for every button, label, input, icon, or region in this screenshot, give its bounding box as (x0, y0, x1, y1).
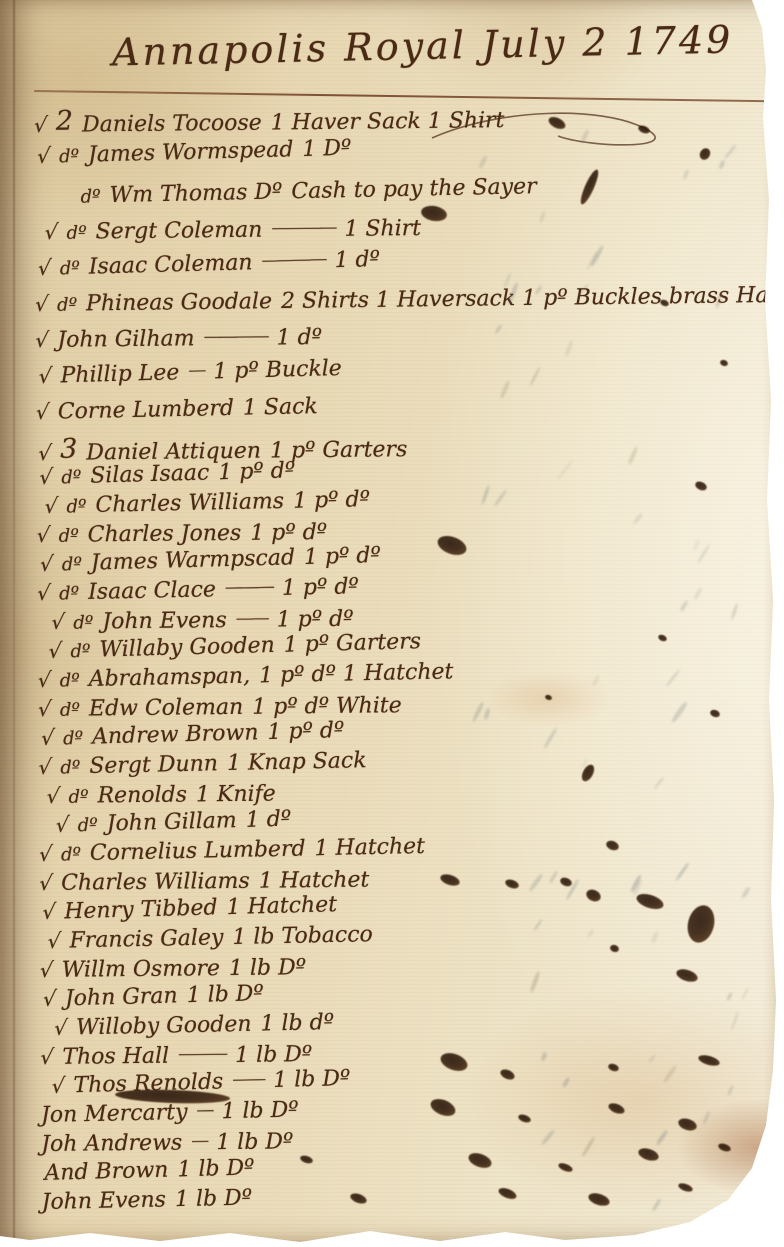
entry-name: Sergt Coleman (95, 218, 262, 245)
entry-items: 1 lb Dº (229, 955, 306, 981)
checkmark-icon: √ (36, 580, 52, 606)
entry-name: Renolds (97, 782, 187, 808)
entry-name: Charles Williams (61, 869, 250, 896)
entry-dash-rule: ——— (178, 1043, 226, 1065)
entry-name: Phineas Goodale (86, 289, 272, 316)
checkmark-icon: √ (38, 957, 54, 982)
entry-items: 1 lb Dº (235, 1042, 312, 1068)
binding-fold-line (13, 0, 15, 1247)
entry-name: Henry Tibbed (64, 895, 218, 924)
checkmark-icon: √ (50, 609, 66, 634)
checkmark-icon: √ (34, 327, 50, 352)
entry-items: 1 Knife (196, 782, 276, 808)
entry-ditto-prefix: dº (59, 146, 80, 168)
entry-dash-rule: ——— (225, 576, 273, 598)
entry-name: Charles Williams (95, 489, 284, 518)
entry-items: 1 pº dº (277, 607, 354, 633)
entry-name: Andrew Brown (92, 720, 259, 749)
checkmark-icon: √ (47, 638, 63, 664)
entry-ditto-prefix: dº (66, 496, 86, 517)
entry-name: And Brown (44, 1158, 169, 1186)
entry-name: Isaac Coleman (88, 250, 252, 279)
entry-ditto-prefix: dº (60, 670, 80, 691)
entry-items: 1 Shirt (344, 216, 421, 242)
entry-name: Thos Hall (62, 1044, 169, 1070)
checkmark-icon: √ (36, 143, 52, 169)
entry-items: 1 Sack (243, 394, 318, 421)
entry-row: √ dº Phineas Goodale 2 Shirts 1 Haversac… (35, 283, 784, 322)
checkmark-icon: √ (41, 899, 57, 925)
entry-name: Willaby Gooden (99, 633, 275, 663)
entry-name: Jon Mercarty (41, 1100, 188, 1128)
entry-items: 1 pº dº 1 Hatchet (259, 659, 454, 688)
entry-items: 1 pº dº (282, 574, 359, 601)
entry-name: Joh Andrews (41, 1130, 182, 1156)
entry-name: Willoby Gooden (76, 1012, 252, 1041)
checkmark-icon: √ (39, 551, 55, 577)
entry-name: Corne Lumberd (58, 396, 235, 425)
entry-items: 1 pº dº (218, 458, 295, 485)
checkmark-icon: √ (34, 291, 50, 316)
entry-ditto-prefix: dº (80, 186, 100, 207)
entry-items: 1 lb Dº (221, 1098, 299, 1125)
entry-items: 1 Dº (302, 136, 352, 162)
checkmark-icon: √ (32, 112, 48, 137)
entry-items: 1 Haver Sack 1 Shirt (271, 108, 505, 135)
entry-items: Cash to pay the Sayer (291, 174, 537, 204)
entry-items: 1 pº Buckle (213, 356, 342, 384)
entry-items: 2 Shirts 1 Haversack 1 pº Buckles brass … (281, 282, 784, 314)
checkmark-icon: √ (36, 667, 52, 693)
entry-items: 1 Hatchet (226, 892, 337, 920)
checkmark-icon: √ (39, 1044, 55, 1069)
entry-day-number: 3 (60, 434, 78, 465)
entry-ditto-prefix: dº (63, 728, 84, 750)
entry-ditto-prefix: dº (60, 258, 81, 280)
checkmark-icon: √ (54, 812, 70, 838)
entry-day-number: 2 (56, 106, 74, 137)
manuscript-page: Annapolis Royal July 2 1749 √ 2 Daniels … (0, 0, 784, 1247)
entry-dash-rule: ———— (261, 248, 326, 271)
entry-name: James Warmpscad (91, 545, 296, 575)
checkmark-icon: √ (37, 754, 53, 780)
entry-dash-rule: ———— (271, 217, 335, 239)
entry-items: 1 Hatchet (314, 834, 425, 861)
entry-ditto-prefix: dº (61, 467, 82, 489)
checkmark-icon: √ (45, 783, 61, 808)
checkmark-icon: √ (37, 255, 53, 281)
entry-name: Willm Osmore (62, 956, 220, 983)
checkmark-icon: √ (46, 928, 62, 954)
entry-dash-rule: —— (236, 608, 268, 629)
entry-items: 1 lb Tobacco (232, 922, 373, 950)
entry-name: Francis Galey (69, 925, 223, 953)
checkmark-icon: √ (38, 870, 54, 895)
entry-items: 1 dº (276, 325, 322, 350)
entry-name: John Gran (65, 983, 178, 1011)
entry-name: Sergt Dunn (89, 751, 218, 779)
entry-dash-rule: — (191, 1130, 207, 1151)
entry-name: Silas Isaac (90, 460, 210, 488)
entry-items: 1 Knap Sack (227, 748, 367, 776)
entry-items: 1 pº dº (304, 543, 381, 570)
entry-items: 1 pº dº (293, 487, 370, 514)
checkmark-icon: √ (53, 1015, 69, 1041)
entry-items: 1 lb Dº (175, 1186, 253, 1213)
entry-row: √ Corne Lumberd 1 Sack (36, 384, 784, 430)
entry-items: 1 pº dº White (252, 693, 402, 720)
entry-items: 1 lb Dº (177, 1155, 255, 1182)
entry-name: Abrahamspan, (88, 664, 250, 692)
entry-ditto-prefix: dº (60, 757, 80, 778)
entry-items: 1 pº dº (267, 718, 344, 745)
entry-name: Wm Thomas Dº (109, 179, 282, 208)
checkmark-icon: √ (40, 725, 56, 751)
entry-name: John Evens (41, 1187, 166, 1215)
entry-list: √ 2 Daniels Tocoose 1 Haver Sack 1 Shirt… (34, 103, 784, 1219)
entry-ditto-prefix: dº (70, 641, 91, 663)
entry-name: Isaac Clace (88, 577, 216, 605)
entry-items: 1 lb Dº (273, 1066, 351, 1093)
entry-ditto-prefix: dº (73, 612, 93, 633)
entry-ditto-prefix: dº (77, 815, 98, 837)
entry-dash-rule: — (188, 360, 205, 381)
page-title: Annapolis Royal July 2 1749 (112, 17, 734, 74)
entry-items: 1 lb Dº (186, 981, 264, 1008)
checkmark-icon: √ (34, 399, 50, 425)
entry-items: 1 lb dº (260, 1010, 334, 1037)
entry-items: 1 lb Dº (216, 1129, 293, 1155)
entry-name: Edw Coleman (89, 695, 244, 722)
entry-ditto-prefix: dº (67, 222, 87, 243)
checkmark-icon: √ (42, 986, 58, 1012)
checkmark-icon: √ (50, 1073, 66, 1099)
entry-name: John Gillam (106, 808, 237, 836)
checkmark-icon: √ (37, 440, 53, 465)
entry-ditto-prefix: dº (60, 700, 80, 721)
entry-name: Daniels Tocoose (82, 111, 262, 138)
entry-items: 1 dº (334, 247, 380, 273)
entry-ditto-prefix: dº (59, 583, 79, 604)
checkmark-icon: √ (36, 696, 52, 721)
checkmark-icon: √ (37, 363, 53, 389)
entry-dash-rule: ———— (203, 326, 267, 348)
checkmark-icon: √ (43, 219, 59, 244)
entry-name: James Wormspead (88, 137, 294, 167)
entry-ditto-prefix: dº (62, 554, 83, 576)
entry-items: 1 pº dº (250, 520, 327, 546)
entry-ditto-prefix: dº (57, 294, 77, 315)
entry-name: Charles Jones (88, 521, 242, 548)
entry-ditto-prefix: dº (68, 786, 88, 807)
checkmark-icon: √ (43, 493, 59, 519)
entry-ditto-prefix: dº (59, 526, 79, 547)
entry-items: 1 Hatchet (259, 868, 370, 894)
entry-name: John Gilham (57, 326, 194, 352)
checkmark-icon: √ (38, 464, 54, 490)
checkmark-icon: √ (38, 841, 54, 867)
entry-name: Phillip Lee (60, 360, 179, 388)
checkmark-icon: √ (35, 522, 51, 547)
entry-items: 1 dº (245, 807, 291, 833)
entry-name: Cornelius Lumberd (90, 836, 306, 866)
entry-ditto-prefix: dº (61, 844, 81, 865)
entry-name: John Evens (102, 608, 227, 634)
entry-items: 1 pº Garters (283, 629, 421, 658)
entry-dash-rule: —— (232, 1068, 265, 1090)
